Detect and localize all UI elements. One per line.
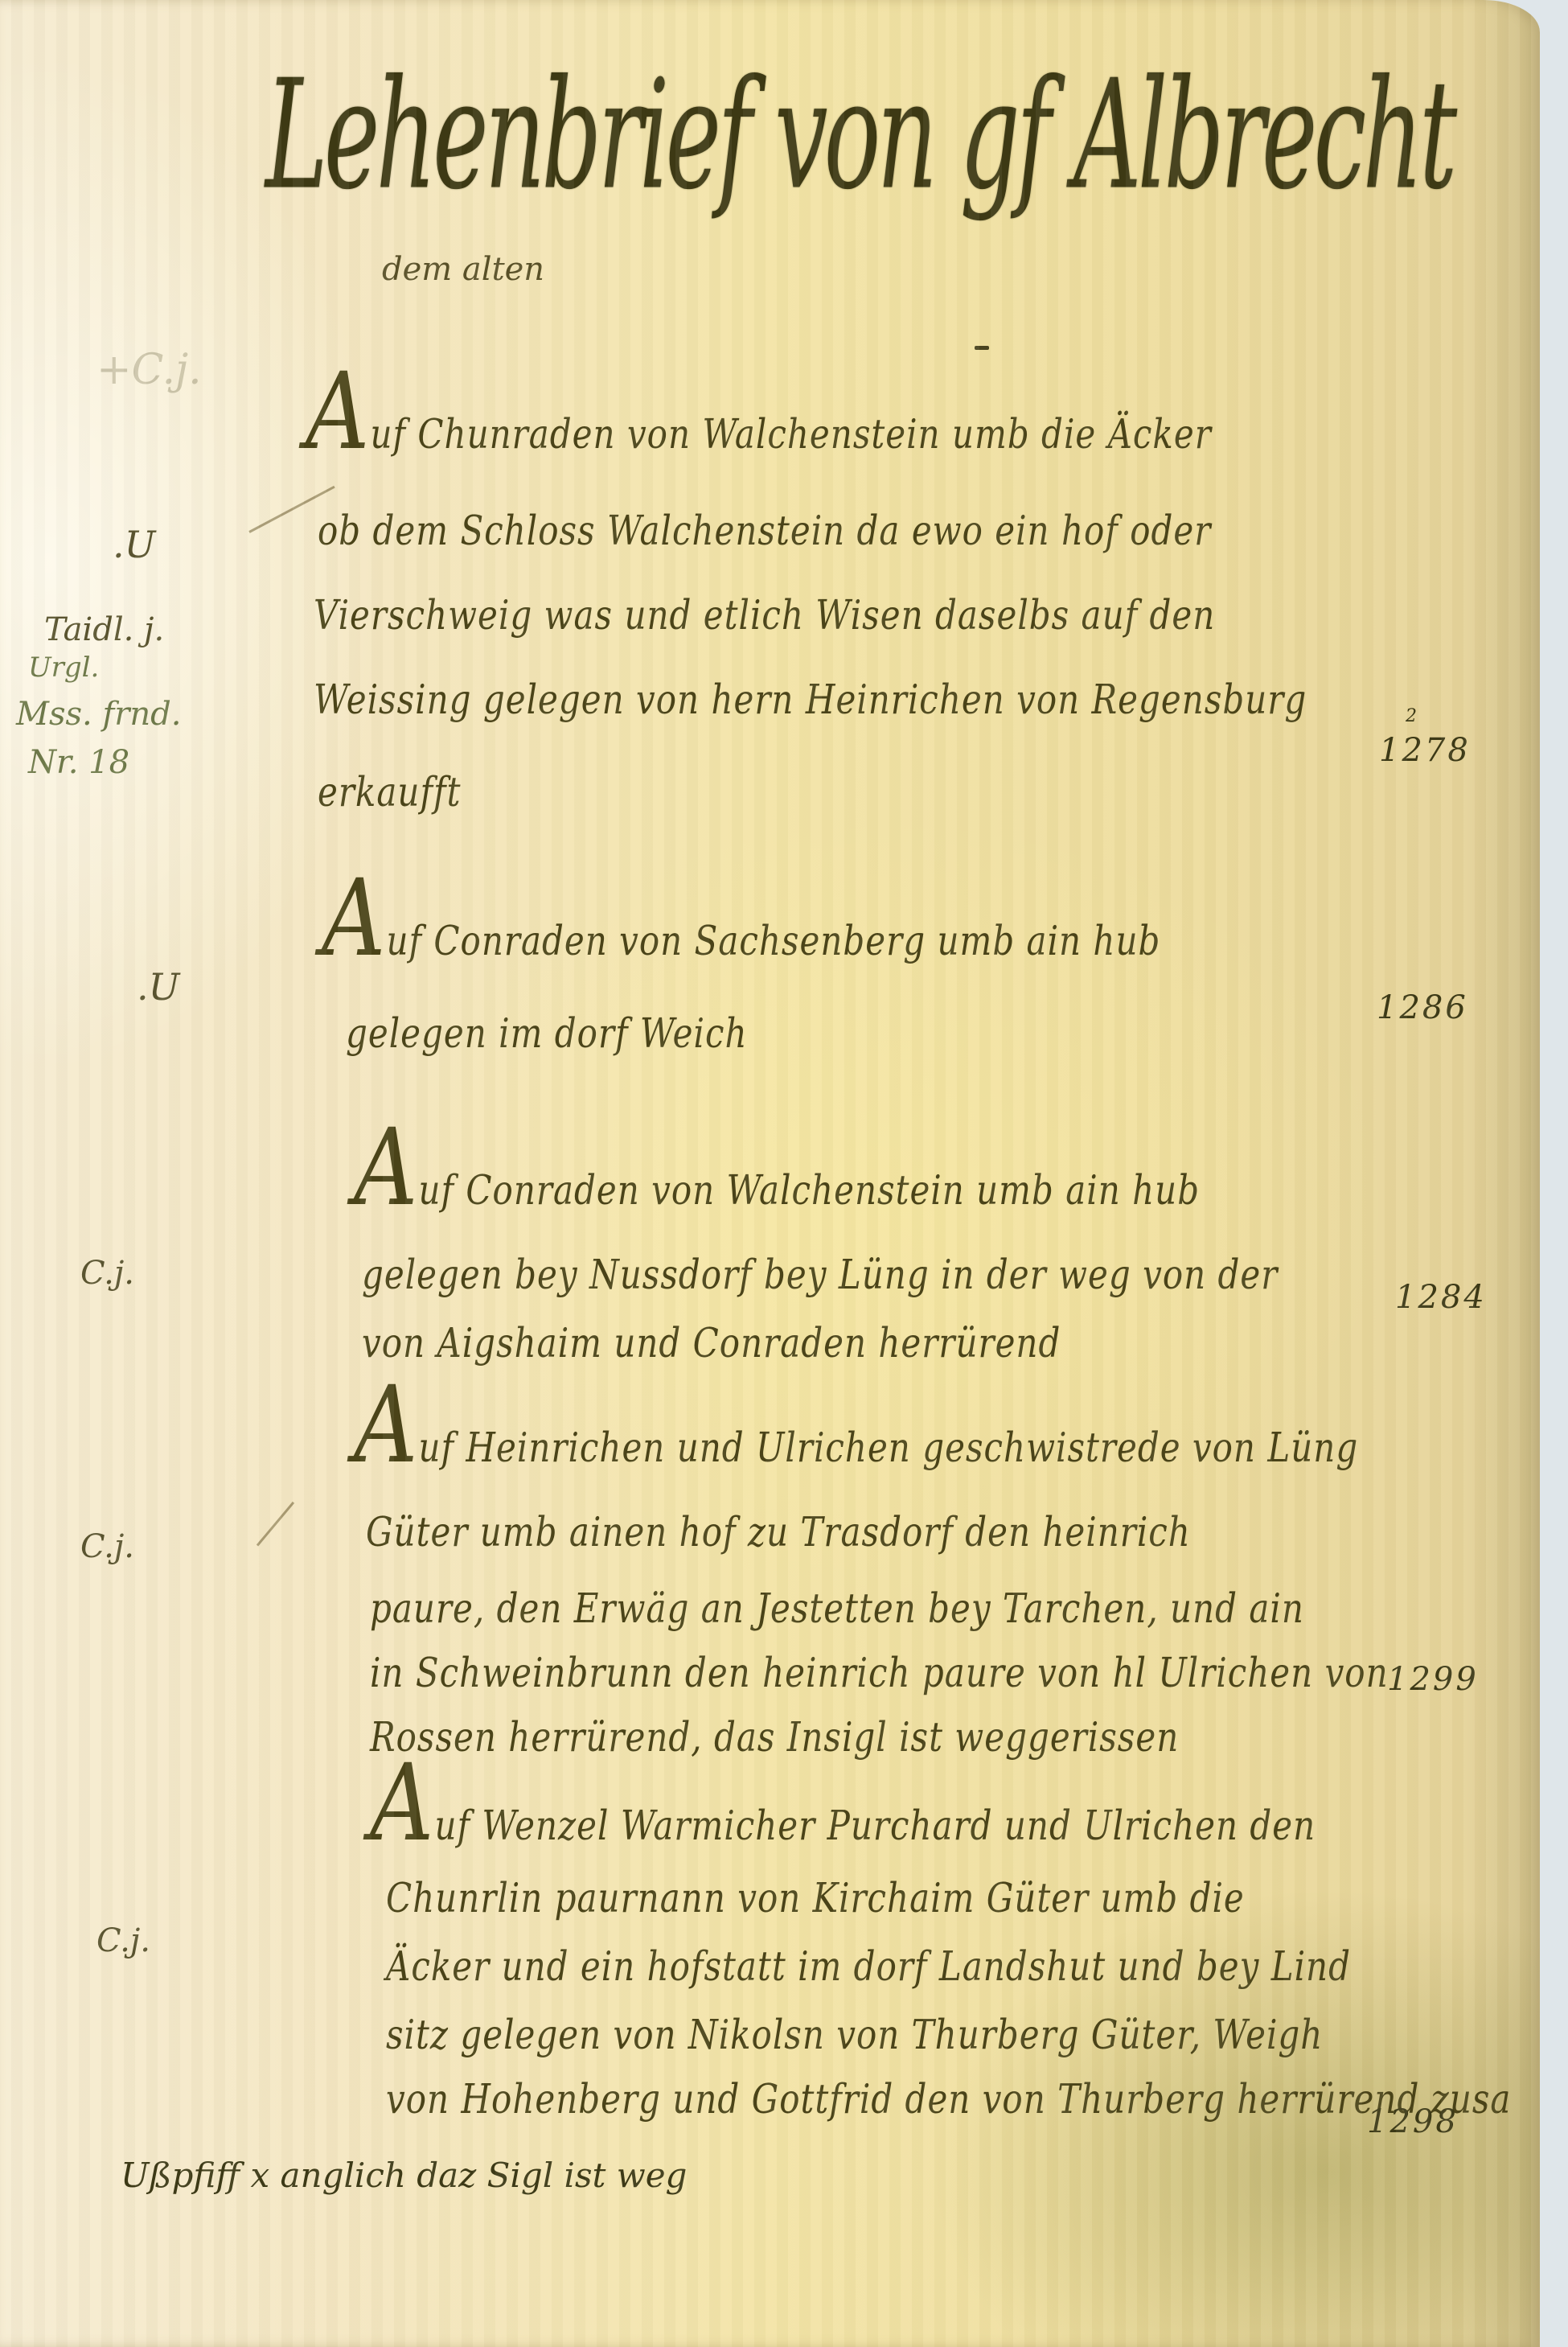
- faint-margin-mark: +C.j.: [96, 346, 202, 394]
- entry-margin-mark: C.j.: [80, 1528, 134, 1565]
- entry-line: ob dem Schloss Walchenstein da ewo ein h…: [318, 507, 1211, 554]
- entry-date: 1298: [1367, 2103, 1459, 2140]
- margin-connector-stroke: [257, 1502, 294, 1547]
- entry-line: Chunrlin paurnann von Kirchaim Güter umb…: [386, 1874, 1245, 1922]
- entry-line: Auf Conraden von Sachsenberg umb ain hub: [322, 917, 1160, 964]
- entry-line: in Schweinbrunn den heinrich paure von h…: [370, 1649, 1389, 1696]
- entry-margin-mark: .U: [113, 523, 155, 566]
- entry-margin-mark: C.j.: [80, 1255, 134, 1292]
- entry-date: 1278: [1379, 732, 1471, 769]
- entry-line: gelegen bey Nussdorf bey Lüng in der weg…: [362, 1251, 1278, 1298]
- date-value: 1278: [1379, 732, 1471, 769]
- document-subtitle: dem alten: [382, 251, 544, 288]
- entry-line: Weissing gelegen von hern Heinrichen von…: [314, 676, 1307, 723]
- entry-line: von Hohenberg und Gottfrid den von Thurb…: [386, 2075, 1511, 2123]
- entry-line: gelegen im dorf Weich: [346, 1009, 748, 1057]
- entry-date: 1284: [1395, 1279, 1487, 1316]
- margin-reference-line-1: Taidl. j.: [44, 611, 164, 648]
- entry-line: von Aigshaim und Conraden herrürend: [362, 1319, 1061, 1367]
- margin-reference-line-3: Mss. frnd.: [16, 696, 181, 733]
- date-correction-mark: 2: [1406, 706, 1419, 726]
- entry-line: paure, den Erwäg an Jestetten bey Tarche…: [370, 1585, 1304, 1632]
- entry-date: 1286: [1377, 989, 1468, 1026]
- entry-line: Rossen herrürend, das Insigl ist weggeri…: [370, 1713, 1179, 1761]
- entry-line: Äcker und ein hofstatt im dorf Landshut …: [386, 1942, 1351, 1990]
- entry-line: Güter umb ainen hof zu Trasdorf den hein…: [366, 1508, 1191, 1556]
- entry-margin-mark: C.j.: [96, 1922, 150, 1959]
- margin-reference-line-4: Nr. 18: [28, 744, 129, 781]
- entry-line: Auf Heinrichen und Ulrichen geschwistred…: [354, 1424, 1358, 1471]
- margin-reference-line-2: Urgl.: [28, 651, 99, 684]
- entry-margin-mark: .U: [137, 965, 179, 1009]
- ink-dash-mark: [975, 346, 989, 350]
- entry-line: Auf Wenzel Warmicher Purchard und Ulrich…: [370, 1802, 1316, 1849]
- manuscript-page: Lehenbrief von gf Albrecht dem alten +C.…: [0, 0, 1540, 2347]
- bottom-annotation: Ußpfiff x anglich daz Sigl ist weg: [121, 2156, 687, 2195]
- entry-line: erkaufft: [318, 768, 461, 816]
- document-title: Lehenbrief von gf Albrecht: [265, 48, 1454, 224]
- entry-date: 1299: [1387, 1661, 1479, 1698]
- entry-line: Auf Conraden von Walchenstein umb ain hu…: [354, 1166, 1200, 1214]
- entry-line: Auf Chunraden von Walchenstein umb die Ä…: [306, 410, 1212, 458]
- entry-line: Vierschweig was und etlich Wisen daselbs…: [314, 591, 1215, 639]
- entry-line: sitz gelegen von Nikolsn von Thurberg Gü…: [386, 2011, 1323, 2058]
